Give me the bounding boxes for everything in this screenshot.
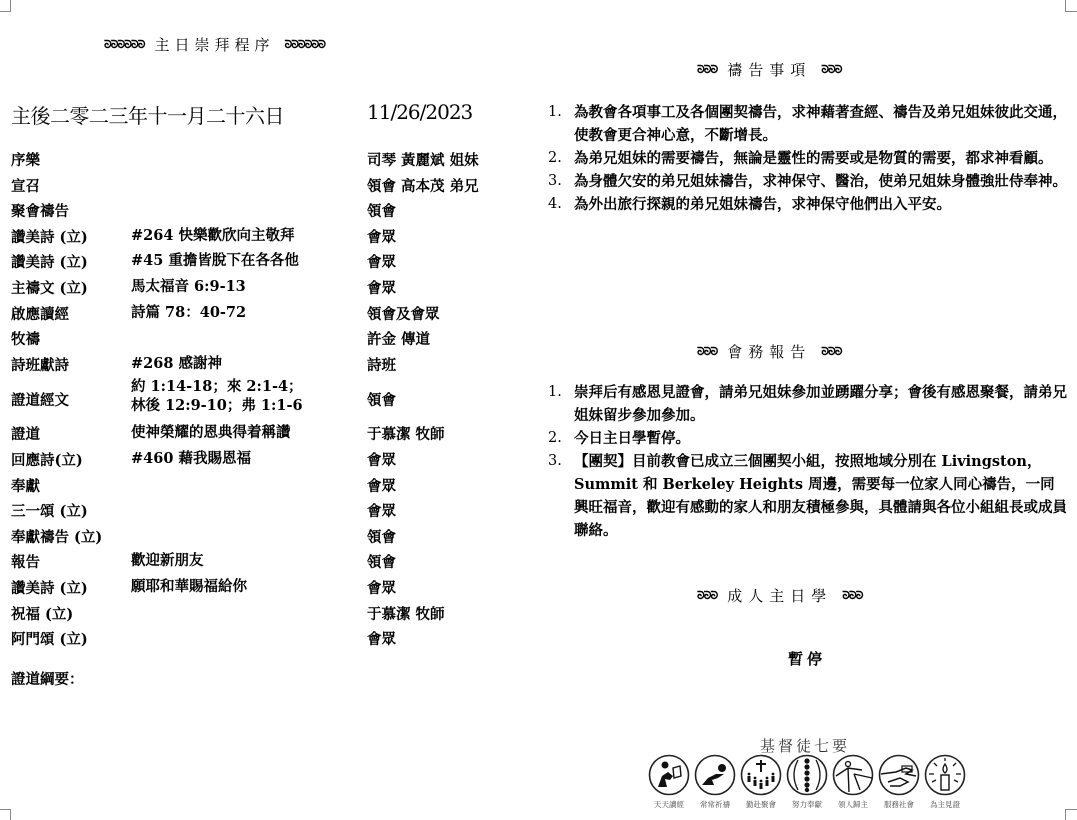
program-item: 祝福 (立) [11, 603, 73, 624]
essential-item: 領人歸主 [831, 754, 875, 810]
item-text: 為弟兄姐妹的需要禱告，無論是靈性的需要或是物質的需要，都求神看顧。 [574, 150, 1053, 167]
program-item: 證道 [11, 423, 40, 444]
program-leader: 會眾 [367, 277, 396, 298]
sunday-school-title: 成人主日學 [727, 587, 832, 605]
announcement-item: 3.【團契】目前教會已成立三個團契小組，按照地域分別在 Livingston，S… [548, 450, 1068, 542]
program-item: 讚美詩 (立) [11, 577, 88, 598]
program-content: 詩篇 78：40-72 [131, 303, 246, 322]
church-gathering-icon [740, 754, 782, 796]
program-item: 聚會禱告 [11, 200, 69, 221]
prayer-item: 1.為教會各項事工及各個團契禱告，求神藉著查經、禱告及弟兄姐妹彼此交通，使教會更… [548, 101, 1068, 147]
program-row: 詩班獻詩#268 感謝神詩班 [11, 352, 521, 378]
program-content: 約 1:14-18；來 2:1-4；林後 12:9-10；弗 1:1-6 [131, 377, 303, 415]
program-row: 讚美詩 (立)#45 重擔皆脫下在各各他會眾 [11, 249, 521, 275]
essential-caption: 服務社會 [884, 799, 914, 810]
program-row: 奉獻會眾 [11, 473, 521, 499]
scripture-line-1: 約 1:14-18；來 2:1-4； [131, 378, 303, 395]
program-leader: 詩班 [367, 354, 396, 375]
prayer-item: 3.為身體欠安的弟兄姐妹禱告，求神保守、醫治，使弟兄姐妹身體強壯侍奉神。 [548, 170, 1068, 193]
ornament-icon: ᘐᘐᘐ [697, 345, 717, 359]
item-text: 崇拜后有感恩見證會，請弟兄姐妹參加並踴躍分享；會後有感恩聚餐，請弟兄姐妹留步參加… [574, 384, 1067, 424]
prayer-heading: ᘐᘐᘐ禱告事項ᘐᘐᘐ [697, 59, 841, 80]
program-row: 啟應讀經詩篇 78：40-72領會及會眾 [11, 301, 521, 327]
item-number: 2. [548, 427, 562, 450]
program-row: 讚美詩 (立)願耶和華賜福給你會眾 [11, 575, 521, 601]
program-item: 序樂 [11, 149, 40, 170]
program-item: 證道經文 [11, 389, 69, 410]
program-content: 願耶和華賜福給你 [131, 577, 247, 596]
program-row: 聚會禱告領會 [11, 198, 521, 224]
witness-candle-icon [924, 754, 966, 796]
program-leader: 會眾 [367, 251, 396, 272]
program-leader: 會眾 [367, 449, 396, 470]
announcement-item: 1.崇拜后有感恩見證會，請弟兄姐妹參加並踴躍分享；會後有感恩聚餐，請弟兄姐妹留步… [548, 381, 1068, 427]
essential-caption: 為主見證 [930, 799, 960, 810]
program-content: #264 快樂歡欣向主敬拜 [131, 226, 294, 245]
worship-heading: ᘐᘐᘐᘐᘐᘐ主日崇拜程序ᘐᘐᘐᘐᘐᘐ [104, 34, 325, 55]
item-number: 3. [548, 170, 562, 193]
program-content: #45 重擔皆脫下在各各他 [131, 251, 299, 270]
prayer-item: 2.為弟兄姐妹的需要禱告，無論是靈性的需要或是物質的需要，都求神看顧。 [548, 147, 1068, 170]
program-item: 奉獻 [11, 475, 40, 496]
program-row: 三一頌 (立)會眾 [11, 498, 521, 524]
program-item: 讚美詩 (立) [11, 251, 88, 272]
item-number: 1. [548, 381, 562, 404]
program-item: 三一頌 (立) [11, 500, 88, 521]
program-row: 祝福 (立)于慕潔 牧師 [11, 601, 521, 627]
program-leader: 會眾 [367, 628, 396, 649]
program-item: 牧禱 [11, 328, 40, 349]
essential-caption: 勤赴聚會 [746, 799, 776, 810]
essential-caption: 領人歸主 [838, 799, 868, 810]
program-leader: 會眾 [367, 475, 396, 496]
program-item: 回應詩(立) [11, 449, 83, 470]
item-text: 【團契】目前教會已成立三個團契小組，按照地域分別在 Livingston，Sum… [574, 453, 1067, 539]
ornament-icon: ᘐᘐᘐᘐᘐᘐ [284, 38, 324, 52]
program-leader: 許金 傳道 [367, 328, 430, 349]
ornament-icon: ᘐᘐᘐ [821, 63, 841, 77]
program-row: 證道使神榮耀的恩典得着稱讚于慕潔 牧師 [11, 421, 521, 447]
prayer-item: 4.為外出旅行探親的弟兄姐妹禱告，求神保守他們出入平安。 [548, 193, 1068, 216]
crop-mark-bottom-right [1065, 809, 1077, 820]
evangelism-icon [832, 754, 874, 796]
praying-icon [694, 754, 736, 796]
seven-essentials-title: 基督徒七要 [760, 735, 850, 756]
sunday-school-status: 暫停 [788, 648, 826, 669]
program-item: 報告 [11, 551, 40, 572]
program-row: 阿門頌 (立)會眾 [11, 626, 521, 652]
program-leader: 會眾 [367, 577, 396, 598]
essential-item: 為主見證 [923, 754, 967, 810]
program-leader: 司琴 黃麗斌 姐妹 [367, 149, 479, 170]
program-leader: 領會及會眾 [367, 303, 440, 324]
item-number: 2. [548, 147, 562, 170]
item-text: 為外出旅行探親的弟兄姐妹禱告，求神保守他們出入平安。 [574, 196, 951, 213]
item-text: 為教會各項事工及各個團契禱告，求神藉著查經、禱告及弟兄姐妹彼此交通，使教會更合神… [574, 104, 1067, 144]
program-leader: 會眾 [367, 500, 396, 521]
crop-mark-top-left [0, 0, 11, 12]
essential-item: 常常祈禱 [693, 754, 737, 810]
program-row: 序樂司琴 黃麗斌 姐妹 [11, 147, 521, 173]
announcements-title: 會務報告 [727, 343, 811, 361]
program-item: 讚美詩 (立) [11, 226, 88, 247]
crop-mark-top-right [1065, 0, 1077, 12]
program-row: 讚美詩 (立)#264 快樂歡欣向主敬拜會眾 [11, 224, 521, 250]
program-leader: 會眾 [367, 226, 396, 247]
essential-caption: 常常祈禱 [700, 799, 730, 810]
essential-caption: 天天讀經 [654, 799, 684, 810]
program-leader: 于慕潔 牧師 [367, 423, 445, 444]
sunday-school-heading: ᘐᘐᘐ成人主日學ᘐᘐᘐ [697, 585, 862, 606]
program-row: 報告歡迎新朋友領會 [11, 549, 521, 575]
item-number: 1. [548, 101, 562, 124]
program-item: 阿門頌 (立) [11, 628, 88, 649]
program-leader: 領會 [367, 389, 396, 410]
item-number: 4. [548, 193, 562, 216]
prayer-list: 1.為教會各項事工及各個團契禱告，求神藉著查經、禱告及弟兄姐妹彼此交通，使教會更… [548, 101, 1068, 216]
program-content: 歡迎新朋友 [131, 551, 204, 570]
item-text: 為身體欠安的弟兄姐妹禱告，求神保守、醫治，使弟兄姐妹身體強壯侍奉神。 [574, 173, 1067, 190]
ornament-icon: ᘐᘐᘐ [821, 345, 841, 359]
essential-item: 服務社會 [877, 754, 921, 810]
item-number: 3. [548, 450, 562, 473]
program-content: 馬太福音 6:9-13 [131, 277, 246, 296]
date-numeric: 11/26/2023 [367, 100, 472, 124]
program-row: 證道經文約 1:14-18；來 2:1-4；林後 12:9-10；弗 1:1-6… [11, 377, 521, 421]
essential-item: 勤赴聚會 [739, 754, 783, 810]
essential-caption: 努力奉獻 [792, 799, 822, 810]
program-content: 使神榮耀的恩典得着稱讚 [131, 423, 291, 442]
program-row: 奉獻禱告 (立)領會 [11, 524, 521, 550]
essential-item: 天天讀經 [647, 754, 691, 810]
program-leader: 領會 高本茂 弟兄 [367, 175, 479, 196]
prayer-title: 禱告事項 [727, 61, 811, 79]
program-leader: 領會 [367, 200, 396, 221]
program-item: 宣召 [11, 175, 40, 196]
program-row: 回應詩(立)#460 藉我賜恩福會眾 [11, 447, 521, 473]
program-leader: 領會 [367, 526, 396, 547]
ornament-icon: ᘐᘐᘐᘐᘐᘐ [104, 38, 144, 52]
offering-icon [786, 754, 828, 796]
announcement-item: 2.今日主日學暫停。 [548, 427, 1068, 450]
ornament-icon: ᘐᘐᘐ [697, 63, 717, 77]
program-row: 主禱文 (立)馬太福音 6:9-13會眾 [11, 275, 521, 301]
bible-reading-icon [648, 754, 690, 796]
program-row: 牧禱許金 傳道 [11, 326, 521, 352]
sermon-outline-label: 證道綱要： [11, 668, 84, 689]
worship-program-table: 序樂司琴 黃麗斌 姐妹 宣召領會 高本茂 弟兄 聚會禱告領會 讚美詩 (立)#2… [11, 147, 521, 652]
worship-title: 主日崇拜程序 [154, 36, 274, 54]
program-item: 啟應讀經 [11, 303, 69, 324]
ornament-icon: ᘐᘐᘐ [697, 589, 717, 603]
announcements-list: 1.崇拜后有感恩見證會，請弟兄姐妹參加並踴躍分享；會後有感恩聚餐，請弟兄姐妹留步… [548, 381, 1068, 542]
program-item: 詩班獻詩 [11, 354, 69, 375]
program-content: #268 感謝神 [131, 354, 222, 373]
item-text: 今日主日學暫停。 [574, 430, 690, 447]
program-leader: 于慕潔 牧師 [367, 603, 445, 624]
service-icon [878, 754, 920, 796]
program-content: #460 藉我賜恩福 [131, 449, 251, 468]
date-chinese: 主後二零二三年十一月二十六日 [11, 100, 284, 129]
program-item: 奉獻禱告 (立) [11, 526, 102, 547]
seven-essentials-icons: 天天讀經 常常祈禱 勤赴聚會 努力奉獻 領人歸主 服務社會 為主見證 [647, 754, 967, 810]
program-row: 宣召領會 高本茂 弟兄 [11, 173, 521, 199]
crop-mark-bottom-left [0, 809, 11, 820]
announcements-heading: ᘐᘐᘐ會務報告ᘐᘐᘐ [697, 341, 841, 362]
ornament-icon: ᘐᘐᘐ [842, 589, 862, 603]
program-item: 主禱文 (立) [11, 277, 88, 298]
essential-item: 努力奉獻 [785, 754, 829, 810]
program-leader: 領會 [367, 551, 396, 572]
scripture-line-2: 林後 12:9-10；弗 1:1-6 [131, 397, 303, 414]
